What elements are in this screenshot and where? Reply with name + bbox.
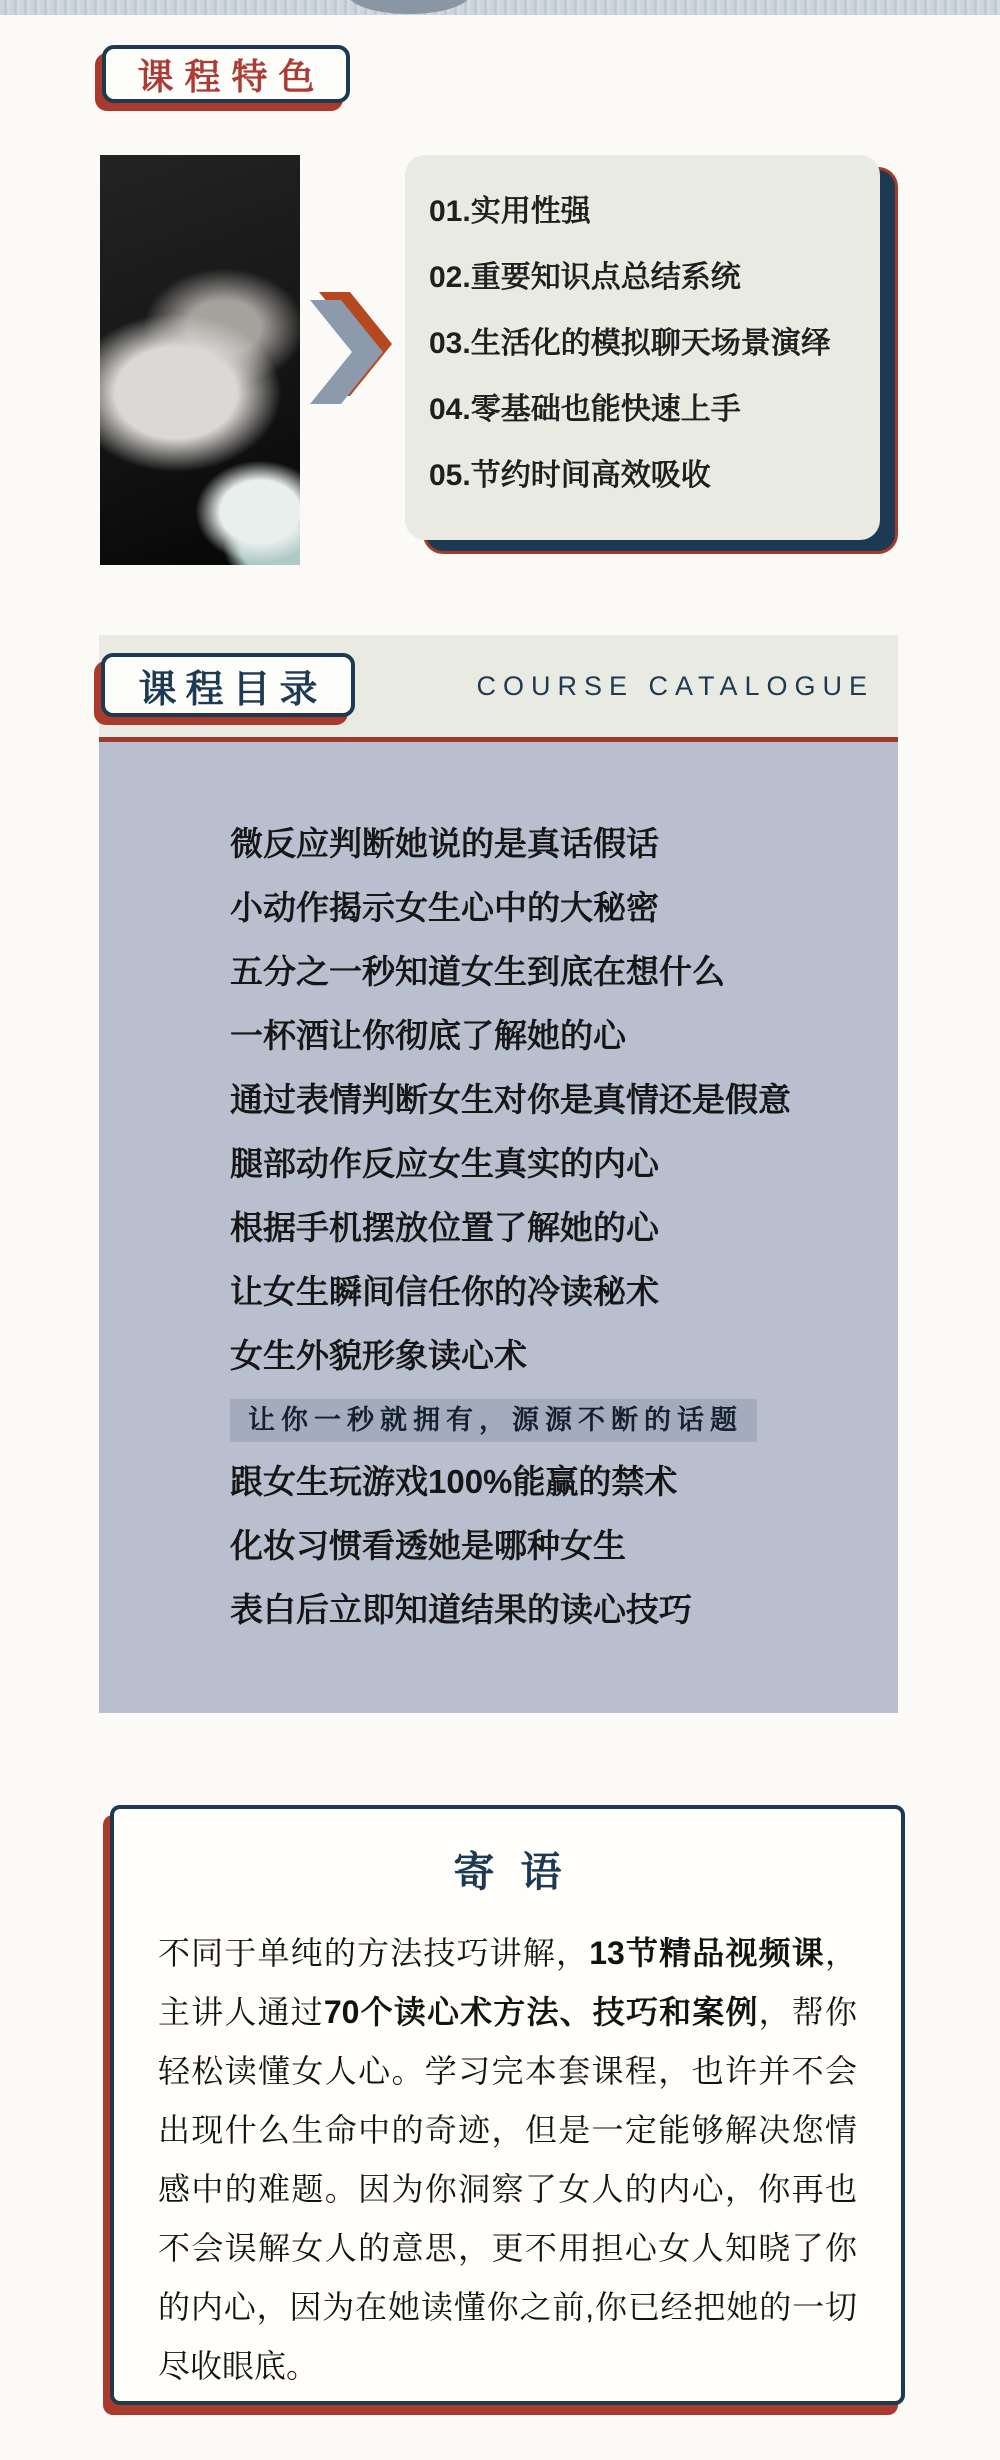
course-item: 化妆习惯看透她是哪种女生 <box>230 1529 626 1562</box>
course-list: 微反应判断她说的是真话假话小动作揭示女生心中的大秘密五分之一秒知道女生到底在想什… <box>99 742 898 1713</box>
features-badge-box: 课程特色 <box>102 45 350 103</box>
catalogue-subtitle: COURSE CATALOGUE <box>476 635 874 737</box>
paragraph-segment: 不同于单纯的方法技巧讲解， <box>158 1935 589 1971</box>
top-circle-decor <box>347 0 471 14</box>
message-box: 寄语 不同于单纯的方法技巧讲解，13节精品视频课，主讲人通过70个读心术方法、技… <box>110 1805 905 2405</box>
features-section-badge: 课程特色 <box>102 45 350 103</box>
course-item: 根据手机摆放位置了解她的心 <box>230 1211 659 1244</box>
feature-item: 01.实用性强 <box>429 197 870 227</box>
course-item: 女生外貌形象读心术 <box>230 1339 527 1372</box>
feature-item: 03.生活化的模拟聊天场景演绎 <box>429 329 870 359</box>
top-decor-band <box>0 0 1000 15</box>
course-item: 一杯酒让你彻底了解她的心 <box>230 1019 626 1052</box>
course-item: 腿部动作反应女生真实的内心 <box>230 1147 659 1180</box>
feature-item: 02.重要知识点总结系统 <box>429 263 870 293</box>
course-item: 让你一秒就拥有，源源不断的话题 <box>230 1399 757 1442</box>
course-item: 微反应判断她说的是真话假话 <box>230 827 659 860</box>
feature-item: 04.零基础也能快速上手 <box>429 395 870 425</box>
catalogue-section-badge: 课程目录 <box>101 653 355 717</box>
course-item: 让女生瞬间信任你的冷读秘术 <box>230 1275 659 1308</box>
portrait-photo <box>100 155 300 565</box>
catalogue-badge-box: 课程目录 <box>101 653 355 717</box>
course-item: 表白后立即知道结果的读心技巧 <box>230 1593 692 1626</box>
paragraph-segment: ，帮你轻松读懂女人心。学习完本套课程，也许并不会出现什么生命中的奇迹，但是一定能… <box>158 1994 857 2384</box>
course-item: 五分之一秒知道女生到底在想什么 <box>230 955 725 988</box>
chevron-right-icon <box>310 292 402 408</box>
course-item: 小动作揭示女生心中的大秘密 <box>230 891 659 924</box>
page: 课程特色 01.实用性强02.重要知识点总结系统03.生活化的模拟聊天场景演绎0… <box>0 0 1000 2460</box>
message-title: 寄语 <box>158 1839 857 1898</box>
course-item: 通过表情判断女生对你是真情还是假意 <box>230 1083 791 1116</box>
features-badge-label: 课程特色 <box>126 49 325 100</box>
message-paragraph: 不同于单纯的方法技巧讲解，13节精品视频课，主讲人通过70个读心术方法、技巧和案… <box>158 1924 857 2396</box>
paragraph-segment: 70个读心术方法、技巧和案例 <box>324 1994 759 2030</box>
features-panel: 01.实用性强02.重要知识点总结系统03.生活化的模拟聊天场景演绎04.零基础… <box>405 155 880 540</box>
paragraph-segment: 13节精品视频课 <box>589 1935 825 1971</box>
catalogue-badge-label: 课程目录 <box>129 658 326 713</box>
course-item: 跟女生玩游戏100%能赢的禁术 <box>230 1465 677 1498</box>
feature-item: 05.节约时间高效吸收 <box>429 461 870 491</box>
